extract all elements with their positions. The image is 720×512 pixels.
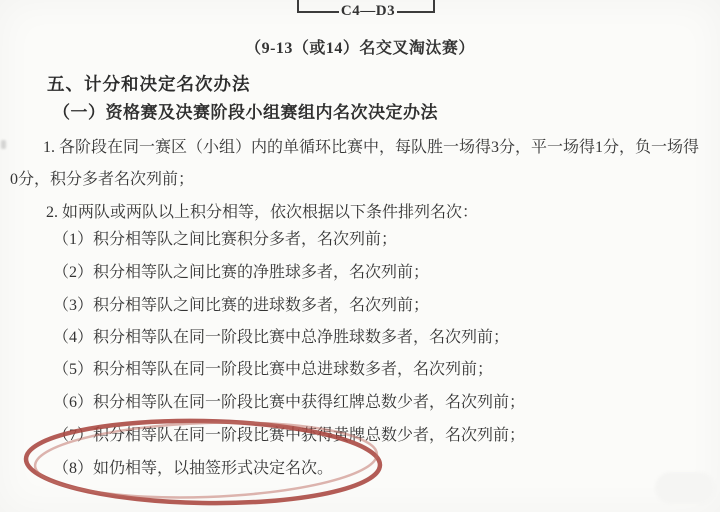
criterion-6: （6）积分相等队在同一阶段比赛中获得红牌总数少者，名次列前； (53, 394, 525, 412)
bracket-horizontal-line-right (397, 11, 435, 13)
criterion-4: （4）积分相等队在同一阶段比赛中总净胜球数多者，名次列前； (53, 329, 509, 347)
criterion-5: （5）积分相等队在同一阶段比赛中总进球数多者，名次列前； (53, 361, 493, 379)
bracket-match-label: C4—D3 (338, 3, 398, 20)
section-heading: 五、计分和决定名次办法 (47, 75, 251, 93)
scan-smudge (1, 140, 6, 149)
criterion-8: （8）如仍相等，以抽签形式决定名次。 (53, 460, 333, 478)
watermark-badge (655, 472, 715, 504)
criterion-3: （3）积分相等队之间比赛的进球数多者，名次列前； (53, 297, 429, 315)
criterion-7: （7）积分相等队在同一阶段比赛中获得黄牌总数少者，名次列前； (53, 427, 525, 445)
scanned-document-page: C4—D3 （9-13（或14）名交叉淘汰赛） 五、计分和决定名次办法 （一）资… (0, 0, 720, 512)
criterion-1: （1）积分相等队之间比赛积分多者，名次列前； (53, 231, 397, 249)
rule1-line2: 0分，积分多者名次列前； (10, 171, 194, 189)
rule1-line1: 1. 各阶段在同一赛区（小组）内的单循环比赛中，每队胜一场得3分，平一场得1分，… (43, 139, 699, 157)
bracket-caption: （9-13（或14）名交叉淘汰赛） (0, 35, 720, 58)
hand-drawn-red-circle-annotation (0, 400, 430, 512)
bracket-horizontal-line-left (297, 11, 339, 13)
rule2: 2. 如两队或两队以上积分相等，依次根据以下条件排列名次： (46, 204, 478, 222)
subsection-heading: （一）资格赛及决赛阶段小组赛组内名次决定办法 (53, 104, 438, 122)
criterion-2: （2）积分相等队之间比赛的净胜球多者，名次列前； (53, 264, 429, 282)
